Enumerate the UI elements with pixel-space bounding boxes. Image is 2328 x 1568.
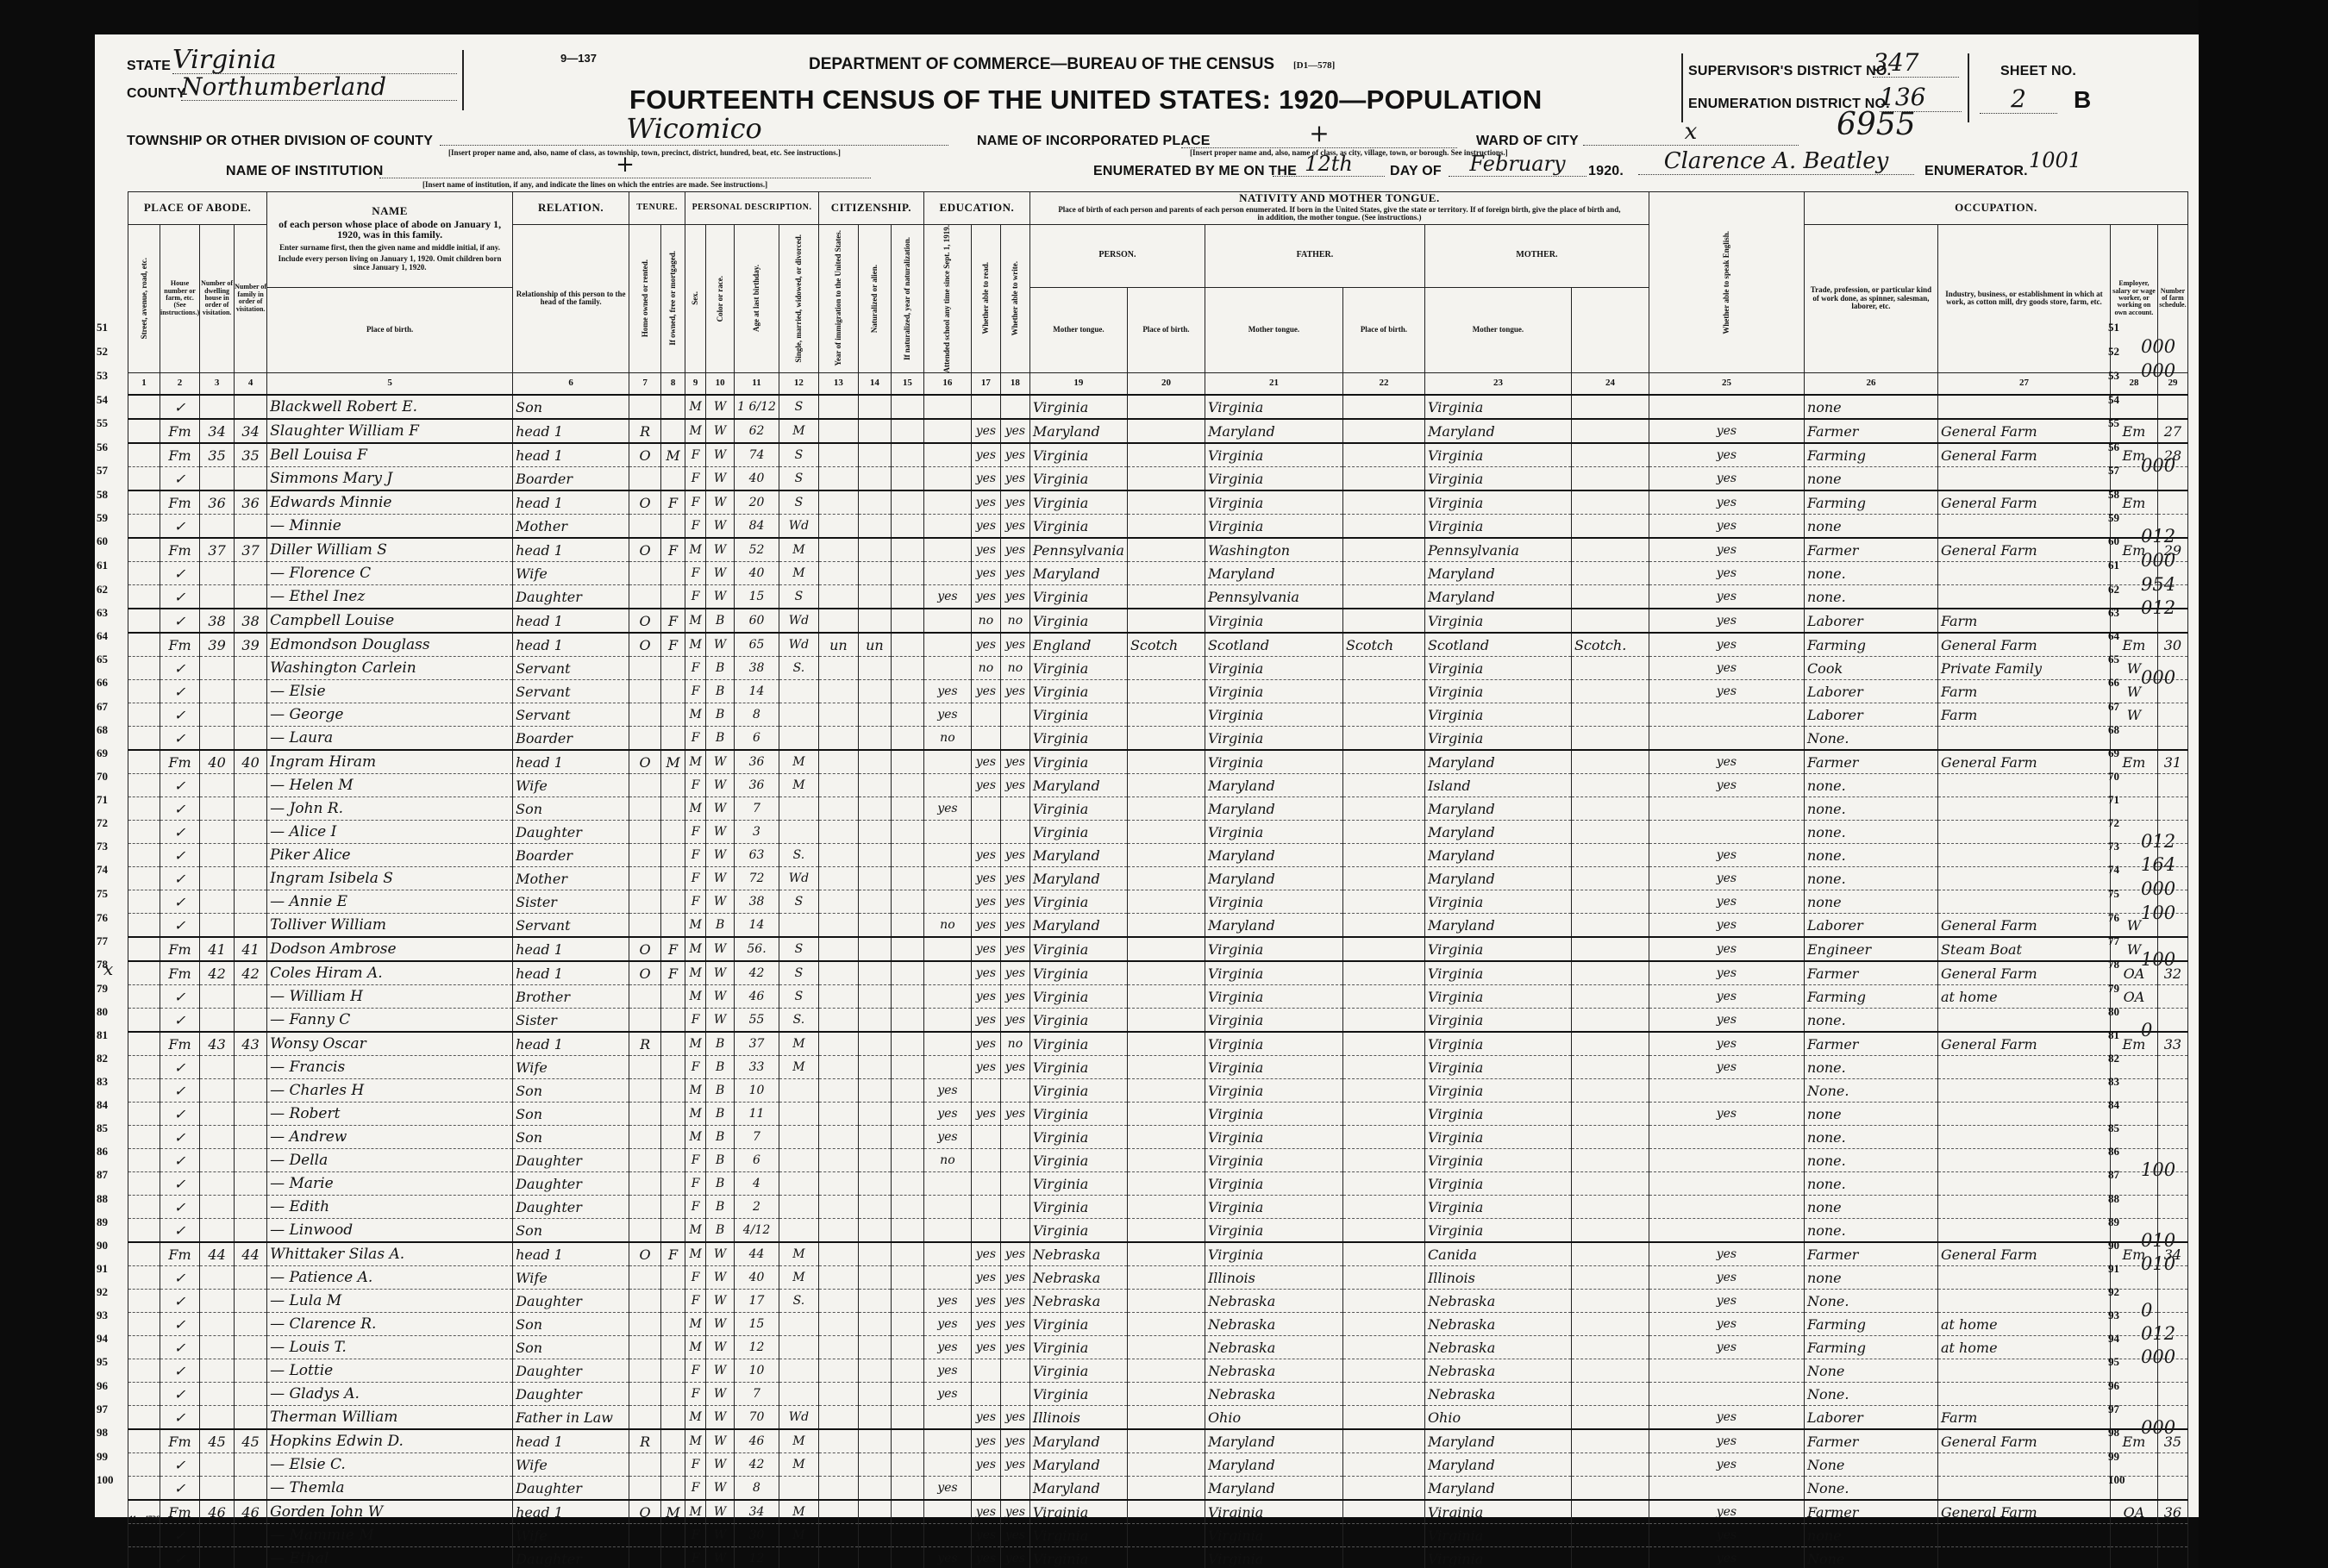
cell-industry — [1937, 1056, 2110, 1079]
cell-marital — [779, 1079, 818, 1103]
left-margin-mark: x — [103, 959, 113, 979]
cell-read — [971, 1383, 1000, 1406]
cell-read: no — [971, 609, 1000, 633]
cell-imm — [818, 890, 858, 914]
cell-pob: Virginia — [1029, 1056, 1127, 1079]
cell-english: yes — [1649, 680, 1804, 703]
cell-read: yes — [971, 1103, 1000, 1126]
cell-dwelling — [200, 1009, 235, 1033]
cell-read: yes — [971, 515, 1000, 539]
cell-write — [1000, 1126, 1029, 1149]
cell-mt — [1127, 562, 1205, 585]
cell-sex: F — [685, 821, 706, 844]
cell-farm — [2157, 727, 2187, 751]
cell-owned — [629, 467, 661, 491]
cell-owned — [629, 844, 661, 867]
cell-race: B — [706, 1079, 735, 1103]
cell-mt — [1127, 821, 1205, 844]
cell-marital: S. — [779, 1290, 818, 1313]
cell-mpob: Virginia — [1424, 1126, 1571, 1149]
cell-street — [128, 1429, 160, 1453]
cell-imm — [818, 1477, 858, 1501]
column-number-20: 20 — [1127, 373, 1205, 396]
table-row: Fm4141Dodson Ambrosehead 1OFMW56.Syesyes… — [128, 937, 2188, 961]
cell-mmt — [1571, 467, 1649, 491]
header-c13: Year of immigration to the United States… — [818, 224, 858, 373]
cell-free — [661, 1103, 685, 1126]
cell-trade: none. — [1804, 1149, 1937, 1172]
cell-trade: none. — [1804, 1126, 1937, 1149]
cell-imm — [818, 467, 858, 491]
line-number-left: 67 — [97, 700, 108, 714]
line-number-right: 95 — [2108, 1355, 2119, 1369]
header-c21: Place of birth. — [1127, 287, 1205, 372]
cell-street — [128, 1547, 160, 1568]
cell-farm — [2157, 797, 2187, 821]
table-row: ✓— Alice IDaughterFW3VirginiaVirginiaMar… — [128, 821, 2188, 844]
cell-age: 7 — [735, 797, 779, 821]
header-personal-description: PERSONAL DESCRIPTION. — [685, 192, 819, 225]
cell-sex: F — [685, 1172, 706, 1196]
cell-natyr — [891, 1172, 923, 1196]
table-row: ✓— Elsie C.WifeFW42MyesyesMarylandMaryla… — [128, 1453, 2188, 1477]
cell-natyr — [891, 515, 923, 539]
cell-trade: none — [1804, 395, 1937, 419]
cell-nat — [858, 1172, 891, 1196]
cell-house: ✓ — [160, 657, 200, 680]
cell-fpob: Virginia — [1205, 985, 1342, 1009]
cell-name: — Della — [267, 1149, 513, 1172]
cell-industry: Farm — [1937, 1406, 2110, 1430]
cell-owned: O — [629, 538, 661, 562]
cell-free — [661, 844, 685, 867]
cell-owned — [629, 1383, 661, 1406]
cell-family — [235, 1477, 267, 1501]
cell-family — [235, 774, 267, 797]
cell-write — [1000, 395, 1029, 419]
cell-industry: General Farm — [1937, 538, 2110, 562]
line-number-right: 87 — [2108, 1168, 2119, 1182]
cell-read: yes — [971, 1266, 1000, 1290]
cell-trade: Farming — [1804, 1336, 1937, 1359]
cell-house: ✓ — [160, 562, 200, 585]
cell-relation: Daughter — [513, 1172, 629, 1196]
cell-industry — [1937, 1172, 2110, 1196]
cell-pob: Virginia — [1029, 657, 1127, 680]
line-number-right: 77 — [2108, 934, 2119, 948]
cell-fmt — [1342, 867, 1424, 890]
cell-industry — [1937, 1103, 2110, 1126]
cell-sex: F — [685, 867, 706, 890]
cell-fmt — [1342, 821, 1424, 844]
cell-street — [128, 633, 160, 657]
cell-marital: S. — [779, 657, 818, 680]
cell-fmt — [1342, 797, 1424, 821]
cell-farm — [2157, 1524, 2187, 1547]
cell-english — [1649, 1219, 1804, 1243]
cell-house: ✓ — [160, 1453, 200, 1477]
cell-sex: M — [685, 1219, 706, 1243]
cell-read: yes — [971, 1242, 1000, 1266]
cell-house: ✓ — [160, 821, 200, 844]
column-number-8: 8 — [661, 373, 685, 396]
cell-nat — [858, 727, 891, 751]
cell-mpob: Maryland — [1424, 562, 1571, 585]
cell-mpob: Nebraska — [1424, 1336, 1571, 1359]
cell-age: 74 — [735, 443, 779, 467]
cell-industry: General Farm — [1937, 1429, 2110, 1453]
cell-fmt — [1342, 467, 1424, 491]
cell-imm — [818, 1313, 858, 1336]
cell-nat — [858, 1500, 891, 1524]
day-of-label: DAY OF — [1390, 164, 1442, 179]
margin-code: 012 — [2141, 526, 2175, 547]
cell-mmt — [1571, 867, 1649, 890]
cell-fpob: Virginia — [1205, 961, 1342, 985]
cell-read: yes — [971, 961, 1000, 985]
cell-owned — [629, 1266, 661, 1290]
line-number-right: 94 — [2108, 1332, 2119, 1346]
cell-farm: 31 — [2157, 750, 2187, 774]
cell-dwelling: 38 — [200, 609, 235, 633]
cell-write: yes — [1000, 562, 1029, 585]
cell-pob: Virginia — [1029, 1336, 1127, 1359]
table-row: Fm3636Edwards Minniehead 1OFFW20SyesyesV… — [128, 490, 2188, 515]
cell-imm — [818, 1266, 858, 1290]
cell-imm — [818, 585, 858, 609]
column-number-16: 16 — [923, 373, 971, 396]
cell-age: 38 — [735, 890, 779, 914]
cell-imm — [818, 1196, 858, 1219]
cell-english — [1649, 1149, 1804, 1172]
cell-industry — [1937, 844, 2110, 867]
cell-family — [235, 914, 267, 938]
cell-fmt — [1342, 1056, 1424, 1079]
cell-mmt — [1571, 419, 1649, 443]
cell-name: — Elsie C. — [267, 1453, 513, 1477]
cell-age: 34 — [735, 1500, 779, 1524]
cell-race: W — [706, 467, 735, 491]
cell-industry: General Farm — [1937, 1032, 2110, 1056]
cell-nat — [858, 490, 891, 515]
cell-name: Ingram Hiram — [267, 750, 513, 774]
cell-farm — [2157, 490, 2187, 515]
line-number-left: 84 — [97, 1098, 108, 1112]
cell-race: W — [706, 419, 735, 443]
cell-write: yes — [1000, 1500, 1029, 1524]
line-number-right: 72 — [2108, 816, 2119, 830]
cell-dwelling — [200, 1196, 235, 1219]
cell-relation: Son — [513, 1126, 629, 1149]
column-number-13: 13 — [818, 373, 858, 396]
line-number-right: 81 — [2108, 1028, 2119, 1042]
cell-school — [923, 467, 971, 491]
cell-sex: M — [685, 1500, 706, 1524]
cell-trade: none — [1804, 890, 1937, 914]
cell-relation: Servant — [513, 680, 629, 703]
cell-nat — [858, 985, 891, 1009]
cell-school: yes — [923, 703, 971, 727]
cell-owned — [629, 1477, 661, 1501]
cell-family — [235, 890, 267, 914]
cell-street — [128, 1290, 160, 1313]
cell-pob: Virginia — [1029, 1500, 1127, 1524]
cell-dwelling — [200, 515, 235, 539]
line-number-right: 76 — [2108, 911, 2119, 925]
cell-marital — [779, 1336, 818, 1359]
cell-write: no — [1000, 657, 1029, 680]
cell-fmt — [1342, 750, 1424, 774]
margin-code: 012 — [2141, 597, 2175, 618]
table-row: Fm3939Edmondson Douglasshead 1OFMW65Wdun… — [128, 633, 2188, 657]
table-row: ✓— Mammie MWifeFW30MyesyesVirginiaVirgin… — [128, 1524, 2188, 1547]
cell-age: 10 — [735, 1079, 779, 1103]
cell-dwelling — [200, 1290, 235, 1313]
cell-name: — Clarence R. — [267, 1313, 513, 1336]
cell-mpob: Virginia — [1424, 680, 1571, 703]
cell-race: W — [706, 985, 735, 1009]
cell-imm — [818, 1290, 858, 1313]
cell-sex: F — [685, 562, 706, 585]
cell-mmt — [1571, 961, 1649, 985]
cell-name: Coles Hiram A. — [267, 961, 513, 985]
cell-marital — [779, 680, 818, 703]
line-number-left: 69 — [97, 747, 108, 760]
cell-natyr — [891, 1219, 923, 1243]
cell-write: yes — [1000, 867, 1029, 890]
cell-race: W — [706, 1524, 735, 1547]
cell-family — [235, 395, 267, 419]
cell-read: yes — [971, 890, 1000, 914]
header-education: EDUCATION. — [923, 192, 1029, 225]
cell-imm — [818, 1242, 858, 1266]
cell-read — [971, 1196, 1000, 1219]
line-number-right: 83 — [2108, 1075, 2119, 1089]
line-number-left: 55 — [97, 416, 108, 430]
column-number-6: 6 — [513, 373, 629, 396]
cell-fpob: Virginia — [1205, 467, 1342, 491]
cell-street — [128, 797, 160, 821]
cell-read — [971, 703, 1000, 727]
cell-house: ✓ — [160, 1196, 200, 1219]
cell-farm — [2157, 1547, 2187, 1568]
cell-nat — [858, 538, 891, 562]
cell-house: Fm — [160, 1429, 200, 1453]
cell-sex: F — [685, 1453, 706, 1477]
cell-fpob: Virginia — [1205, 1149, 1342, 1172]
cell-mt — [1127, 1383, 1205, 1406]
cell-mpob: Maryland — [1424, 419, 1571, 443]
cell-industry — [1937, 1009, 2110, 1033]
cell-industry: Private Family — [1937, 657, 2110, 680]
cell-nat — [858, 1242, 891, 1266]
cell-sex: F — [685, 727, 706, 751]
cell-owned — [629, 890, 661, 914]
cell-name: — Fanny C — [267, 1009, 513, 1033]
table-row: Fm4040Ingram Hiramhead 1OMMW36MyesyesVir… — [128, 750, 2188, 774]
cell-free — [661, 985, 685, 1009]
cell-fmt — [1342, 1406, 1424, 1430]
cell-street — [128, 1453, 160, 1477]
cell-family — [235, 1126, 267, 1149]
cell-name: Whittaker Silas A. — [267, 1242, 513, 1266]
cell-natyr — [891, 1079, 923, 1103]
cell-imm — [818, 538, 858, 562]
cell-industry: General Farm — [1937, 961, 2110, 985]
cell-write: yes — [1000, 844, 1029, 867]
sheet-number: 2 — [1980, 84, 2057, 114]
header-tenure: TENURE. — [629, 192, 685, 225]
cell-street — [128, 1219, 160, 1243]
cell-relation: Son — [513, 1103, 629, 1126]
cell-natyr — [891, 937, 923, 961]
cell-owned — [629, 821, 661, 844]
cell-street — [128, 1336, 160, 1359]
cell-owned — [629, 515, 661, 539]
cell-industry: General Farm — [1937, 1500, 2110, 1524]
header-name-desc: of each person whose place of abode on J… — [267, 217, 512, 242]
cell-relation: head 1 — [513, 443, 629, 467]
cell-street — [128, 443, 160, 467]
cell-natyr — [891, 774, 923, 797]
cell-age: 12 — [735, 1336, 779, 1359]
cell-mmt — [1571, 937, 1649, 961]
column-number-2: 2 — [160, 373, 200, 396]
cell-mpob: Maryland — [1424, 914, 1571, 938]
cell-write — [1000, 703, 1029, 727]
cell-relation: Wife — [513, 1056, 629, 1079]
cell-fmt — [1342, 443, 1424, 467]
cell-fmt — [1342, 1032, 1424, 1056]
cell-house: ✓ — [160, 1547, 200, 1568]
cell-free — [661, 1009, 685, 1033]
cell-dwelling: 44 — [200, 1242, 235, 1266]
cell-natyr — [891, 419, 923, 443]
cell-race: W — [706, 1383, 735, 1406]
cell-write: yes — [1000, 1056, 1029, 1079]
line-number-left: 83 — [97, 1075, 108, 1089]
column-number-11: 11 — [735, 373, 779, 396]
cell-imm — [818, 937, 858, 961]
cell-mpob: Virginia — [1424, 1079, 1571, 1103]
cell-family — [235, 844, 267, 867]
margin-number-1001: 1001 — [2029, 148, 2081, 172]
cell-race: W — [706, 867, 735, 890]
cell-trade: Laborer — [1804, 1406, 1937, 1430]
cell-english: yes — [1649, 657, 1804, 680]
cell-nat — [858, 890, 891, 914]
cell-industry — [1937, 1290, 2110, 1313]
cell-natyr — [891, 1149, 923, 1172]
cell-trade: Farming — [1804, 490, 1937, 515]
cell-family — [235, 1079, 267, 1103]
cell-natyr — [891, 961, 923, 985]
line-number-right: 93 — [2108, 1309, 2119, 1322]
cell-house: ✓ — [160, 1009, 200, 1033]
cell-age: 2 — [735, 1196, 779, 1219]
cell-house: ✓ — [160, 1079, 200, 1103]
cell-write — [1000, 1079, 1029, 1103]
cell-dwelling — [200, 985, 235, 1009]
cell-mmt — [1571, 821, 1649, 844]
line-number-left: 100 — [97, 1473, 114, 1487]
cell-relation: Mother — [513, 867, 629, 890]
cell-read — [971, 821, 1000, 844]
cell-age: 14 — [735, 914, 779, 938]
cell-english: yes — [1649, 1500, 1804, 1524]
cell-nat — [858, 797, 891, 821]
cell-trade: Farmer — [1804, 1429, 1937, 1453]
cell-name: Wonsy Oscar — [267, 1032, 513, 1056]
cell-school — [923, 1056, 971, 1079]
cell-read: yes — [971, 490, 1000, 515]
cell-trade: none. — [1804, 821, 1937, 844]
line-number-right: 53 — [2108, 369, 2119, 383]
cell-natyr — [891, 1032, 923, 1056]
cell-school — [923, 1266, 971, 1290]
cell-fpob: Ohio — [1205, 1406, 1342, 1430]
cell-mpob: Nebraska — [1424, 1290, 1571, 1313]
cell-dwelling — [200, 1524, 235, 1547]
cell-pob: Virginia — [1029, 1149, 1127, 1172]
column-number-3: 3 — [200, 373, 235, 396]
cell-fmt — [1342, 680, 1424, 703]
cell-mt — [1127, 1103, 1205, 1126]
cell-street — [128, 609, 160, 633]
cell-write: yes — [1000, 914, 1029, 938]
cell-relation: Wife — [513, 774, 629, 797]
cell-fpob: Maryland — [1205, 844, 1342, 867]
cell-mt — [1127, 914, 1205, 938]
cell-free — [661, 680, 685, 703]
line-number-right: 55 — [2108, 416, 2119, 430]
cell-mpob: Virginia — [1424, 961, 1571, 985]
table-row: ✓— Patience A.WifeFW40MyesyesNebraskaIll… — [128, 1266, 2188, 1290]
margin-code: 164 — [2141, 854, 2175, 875]
header-nativity-desc: Place of birth of each person and parent… — [1030, 204, 1649, 224]
cell-mt — [1127, 1196, 1205, 1219]
line-number-left: 77 — [97, 934, 108, 948]
cell-street — [128, 585, 160, 609]
table-row: ✓— GeorgeServantMB8yesVirginiaVirginiaVi… — [128, 703, 2188, 727]
cell-owned — [629, 985, 661, 1009]
cell-name: — Themla — [267, 1477, 513, 1501]
cell-pob: Virginia — [1029, 395, 1127, 419]
cell-write: yes — [1000, 774, 1029, 797]
cell-pob: England — [1029, 633, 1127, 657]
cell-english: yes — [1649, 1429, 1804, 1453]
cell-nat — [858, 1453, 891, 1477]
cell-mmt — [1571, 1172, 1649, 1196]
cell-school — [923, 657, 971, 680]
cell-name: Hopkins Edwin D. — [267, 1429, 513, 1453]
cell-write — [1000, 1359, 1029, 1383]
cell-relation: Mother — [513, 515, 629, 539]
cell-marital: S — [779, 937, 818, 961]
cell-trade: none. — [1804, 844, 1937, 867]
cell-school — [923, 985, 971, 1009]
cell-read: no — [971, 657, 1000, 680]
cell-school — [923, 937, 971, 961]
cell-school: no — [923, 1149, 971, 1172]
cell-mmt — [1571, 1149, 1649, 1172]
cell-pob: Virginia — [1029, 1359, 1127, 1383]
cell-dwelling — [200, 1172, 235, 1196]
cell-mmt — [1571, 1266, 1649, 1290]
cell-owned — [629, 585, 661, 609]
cell-mpob: Virginia — [1424, 1219, 1571, 1243]
cell-pob: Virginia — [1029, 1126, 1127, 1149]
